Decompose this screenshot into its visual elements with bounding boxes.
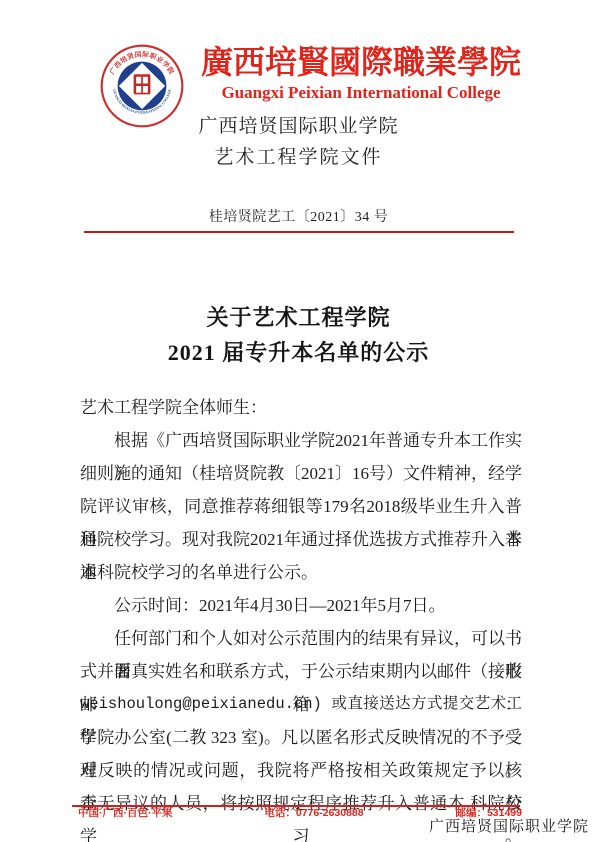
notice-title-line1: 关于艺术工程学院: [0, 301, 597, 332]
body-line: 本科院校学习的名单进行公示。: [80, 556, 522, 589]
body-line-salutation: 艺术工程学院全体师生：: [80, 391, 522, 424]
footer-college-name: 广西培贤国际职业学院: [429, 815, 589, 836]
body-line: 科院校学习。现对我院2021年通过择优选拔方式推荐升入普通: [80, 523, 522, 556]
notice-body: 艺术工程学院全体师生： 根据《广西培贤国际职业学院2021年普通专升本工作实施 …: [80, 391, 522, 820]
college-name-calligraphy: 廣西培賢國際職業學院: [194, 42, 528, 82]
body-line: 细则》的通知（桂培贤院教〔2021〕16号）文件精神，经学: [80, 457, 522, 490]
body-line: 任何部门和个人如对公示范围内的结果有异议，可以书面 形: [80, 622, 522, 655]
body-line-email: weishoulong@peixianedu.cn) 或直接送达方式提交艺术工程: [80, 688, 522, 721]
body-line: 院评议审核，同意推荐蒋细银等179名2018级毕业生升入普通本: [80, 490, 522, 523]
header-red-rule: [84, 231, 514, 233]
body-line: 根据《广西培贤国际职业学院2021年普通专升本工作实施: [80, 424, 522, 457]
document-page: 广西培贤国际职业学院 GUANGXI PEIXIAN INTERNATIONAL…: [0, 0, 597, 842]
org-title-line2: 艺术工程学院文件: [0, 142, 597, 169]
org-title-line1: 广西培贤国际职业学院: [0, 111, 597, 138]
body-line: 学院办公室(二教 323 室)。凡以匿名形式反映情况的不予受理。: [80, 721, 522, 754]
body-line-publicity-period: 公示时间：2021年4月30日—2021年5月7日。: [80, 589, 522, 622]
doc-number: 桂培贤院艺工〔2021〕34 号: [0, 206, 597, 226]
brand-block: 廣西培賢國際職業學院 Guangxi Peixian International…: [194, 42, 528, 103]
college-name-english: Guangxi Peixian International College: [194, 83, 528, 103]
footer-phone: 电话：0776-2630888: [264, 807, 363, 819]
notice-title-line2: 2021 届专升本名单的公示: [0, 336, 597, 367]
body-line: 式并署真实姓名和联系方式，于公示结束期内以邮件（接收 邮箱：: [80, 655, 522, 688]
body-line: 对反映的情况或问题，我院将严格按相关政策规定予以核查。公: [80, 754, 522, 787]
footer-address: 中国·广西·百色·平果: [78, 807, 173, 819]
